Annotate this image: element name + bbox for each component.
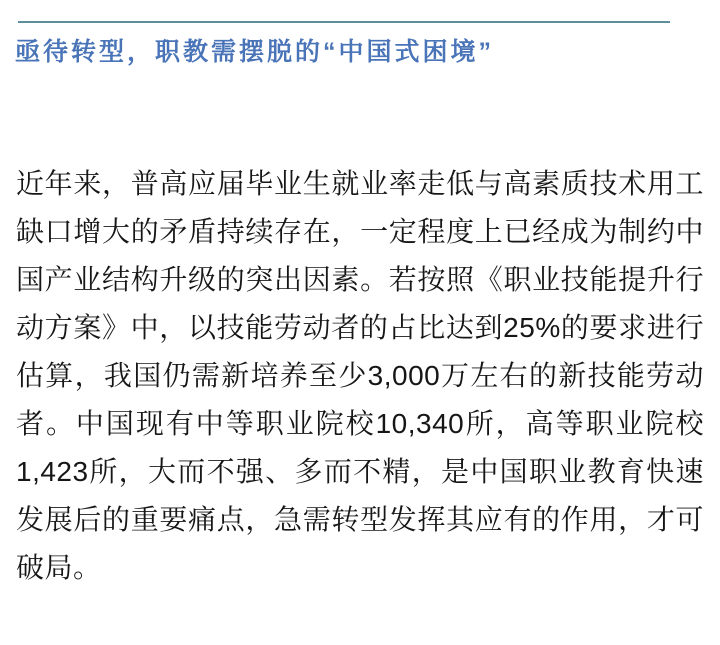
body-line-4: 动方案》中，以技能劳动者的占比达到25%的要求进行 — [16, 304, 704, 352]
body-line-2: 缺口增大的矛盾持续存在，一定程度上已经成为制约中 — [16, 208, 704, 256]
article-page: 亟待转型，职教需摆脱的“中国式困境” 近年来，普高应届毕业生就业率走低与高素质技… — [0, 0, 720, 645]
body-line-9: 破局。 — [16, 544, 704, 592]
body-line-1: 近年来，普高应届毕业生就业率走低与高素质技术用工 — [16, 160, 704, 208]
body-line-7: 1,423所，大而不强、多而不精，是中国职业教育快速 — [16, 448, 704, 496]
body-line-6: 者。中国现有中等职业院校10,340所，高等职业院校 — [16, 400, 704, 448]
body-line-3: 国产业结构升级的突出因素。若按照《职业技能提升行 — [16, 256, 704, 304]
body-line-5: 估算，我国仍需新培养至少3,000万左右的新技能劳动 — [16, 352, 704, 400]
article-body: 近年来，普高应届毕业生就业率走低与高素质技术用工 缺口增大的矛盾持续存在，一定程… — [16, 160, 704, 592]
article-title: 亟待转型，职教需摆脱的“中国式困境” — [15, 36, 705, 68]
body-line-8: 发展后的重要痛点，急需转型发挥其应有的作用，才可 — [16, 496, 704, 544]
top-divider — [18, 21, 670, 23]
